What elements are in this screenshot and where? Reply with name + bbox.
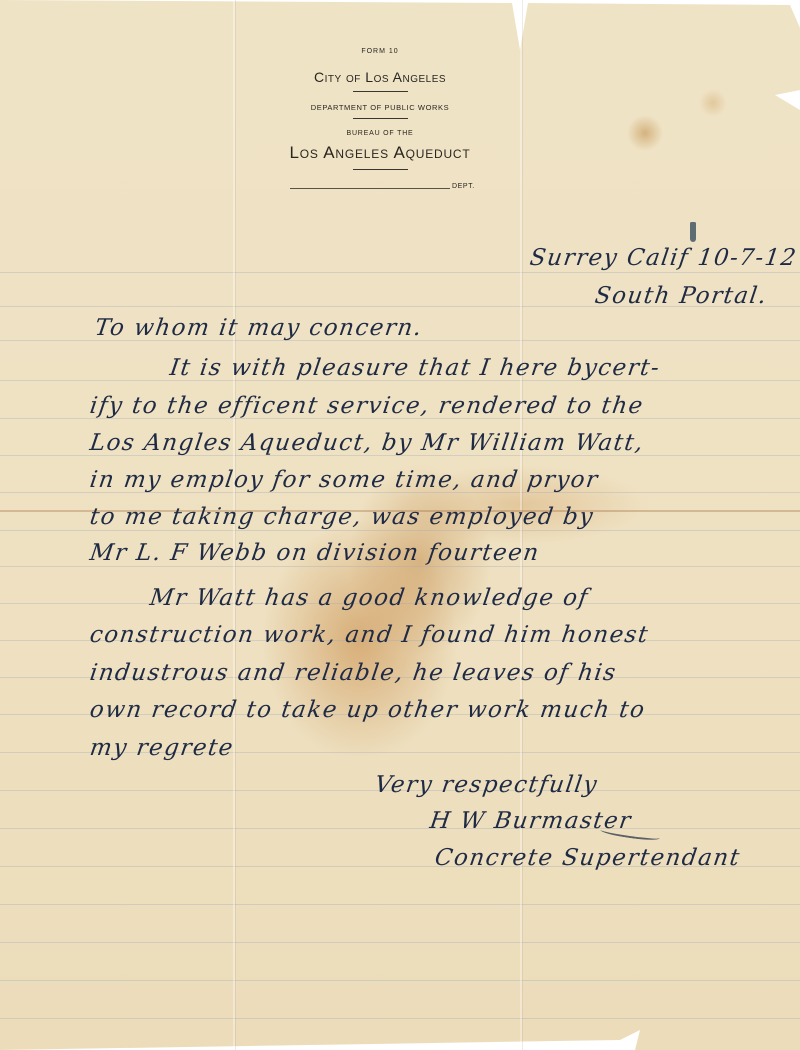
letter-line: my regrete — [88, 735, 236, 761]
separator — [353, 169, 408, 170]
ruled-line — [0, 980, 800, 981]
dept-label: DEPT. — [452, 183, 475, 190]
letter-line: to me taking charge, was employed by — [88, 504, 595, 530]
form-number: FORM 10 — [230, 48, 530, 55]
bureau-title: BUREAU OF THE — [230, 130, 530, 137]
letter-line: ify to the efficent service, rendered to… — [88, 393, 645, 419]
department-title: DEPARTMENT OF PUBLIC WORKS — [230, 103, 530, 112]
ruled-line — [0, 828, 800, 829]
salutation: To whom it may concern. — [93, 315, 424, 341]
ruled-line — [0, 942, 800, 943]
ruled-line — [0, 272, 800, 273]
letter-line: Mr L. F Webb on division fourteen — [88, 540, 541, 566]
letterhead: FORM 10 City of Los Angeles DEPARTMENT O… — [230, 40, 530, 170]
letter-line: construction work, and I found him hones… — [88, 622, 650, 648]
ruled-line — [0, 904, 800, 905]
dept-blank-line — [290, 188, 450, 189]
separator — [353, 91, 408, 92]
letter-line: own record to take up other work much to — [88, 697, 647, 723]
ruled-line — [0, 566, 800, 567]
location: South Portal. — [593, 283, 769, 309]
letter-line: Mr Watt has a good knowledge of — [148, 585, 590, 611]
ruled-line — [0, 1018, 800, 1019]
letter-line: in my employ for some time, and pryor — [88, 467, 600, 493]
letter-line: industrous and reliable, he leaves of hi… — [88, 660, 618, 686]
signer-title: Concrete Supertendant — [433, 845, 742, 871]
closing: Very respectfully — [373, 772, 599, 798]
letter-line: It is with pleasure that I here bycert- — [168, 355, 662, 381]
place-date: Surrey Calif 10-7-12 — [528, 245, 799, 271]
ruled-line — [0, 530, 800, 531]
aqueduct-title: Los Angeles Aqueduct — [230, 143, 530, 163]
separator — [353, 118, 408, 119]
city-title: City of Los Angeles — [230, 69, 530, 85]
letter-line: Los Angles Aqueduct, by Mr William Watt, — [88, 430, 646, 456]
ink-blot — [690, 222, 696, 242]
